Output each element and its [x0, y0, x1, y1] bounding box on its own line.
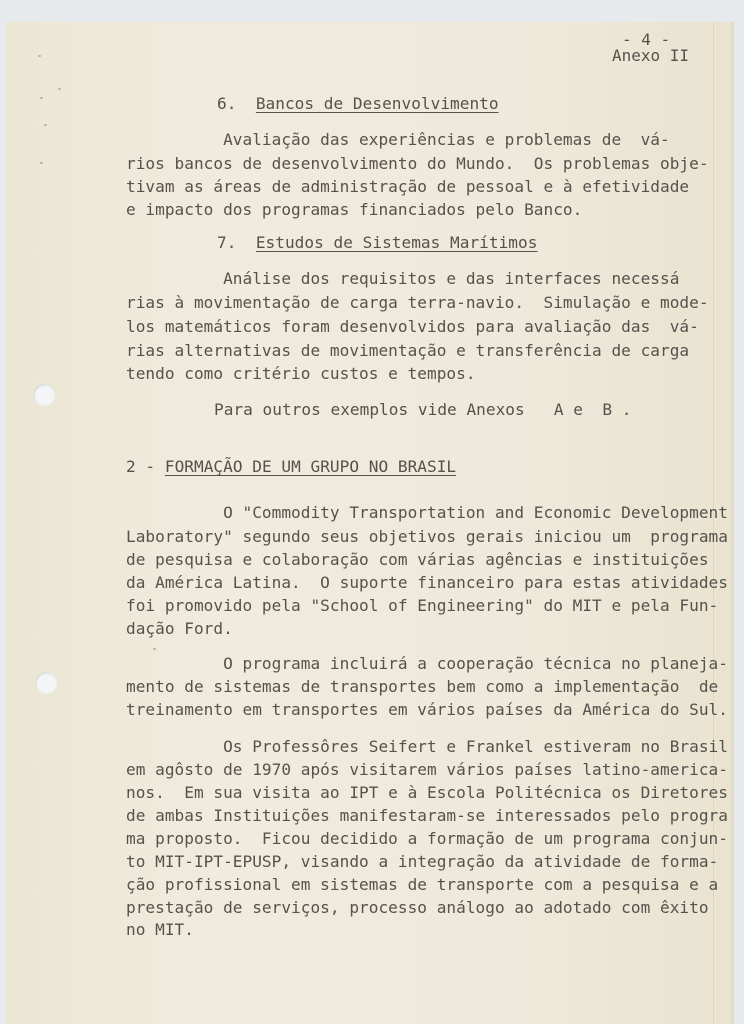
- paragraph-3-line: prestação de serviços, processo análogo …: [126, 898, 709, 918]
- section-6-line: Avaliação das experiências e problemas d…: [126, 130, 670, 150]
- paper-speck: [58, 88, 61, 90]
- section-7-title: Estudos de Sistemas Marítimos: [256, 233, 538, 252]
- section-7-number: 7.: [217, 233, 236, 252]
- paper-speck: [40, 162, 43, 164]
- paragraph-3-line: nos. Em sua visita ao IPT e à Escola Pol…: [126, 783, 728, 803]
- paragraph-3-line: de ambas Instituições manifestaram-se in…: [126, 806, 728, 826]
- paper-speck: [44, 124, 47, 126]
- section-7-line: los matemáticos foram desenvolvidos para…: [126, 317, 699, 337]
- paragraph-3-line: to MIT-IPT-EPUSP, visando a integração d…: [126, 852, 718, 872]
- punch-hole-top: [33, 384, 55, 406]
- paragraph-2-line: mento de sistemas de transportes bem com…: [126, 677, 718, 697]
- paragraph-2-line: O programa incluirá a cooperação técnica…: [126, 654, 728, 674]
- annex-label: Anexo II: [612, 46, 689, 65]
- section-6-heading: 6. Bancos de Desenvolvimento: [217, 94, 499, 114]
- paragraph-1-line: dação Ford.: [126, 619, 233, 639]
- paragraph-2-line: treinamento em transportes em vários paí…: [126, 700, 728, 720]
- section-7-line: rias alternativas de movimentação e tran…: [126, 341, 689, 361]
- paper-speck: [153, 648, 156, 650]
- section-6-line: rios bancos de desenvolvimento do Mundo.…: [126, 154, 709, 174]
- paragraph-1-line: Laboratory" segundo seus objetivos gerai…: [126, 527, 728, 547]
- paragraph-1-line: O "Commodity Transportation and Economic…: [126, 503, 728, 523]
- paragraph-1-line: foi promovido pela "School of Engineerin…: [126, 596, 718, 616]
- section-7-line: rias à movimentação de carga terra-navio…: [126, 293, 709, 313]
- section-2-title: FORMAÇÃO DE UM GRUPO NO BRASIL: [165, 457, 456, 476]
- section-6-line: tivam as áreas de administração de pesso…: [126, 177, 689, 197]
- section-2-heading: 2 - FORMAÇÃO DE UM GRUPO NO BRASIL: [126, 457, 456, 477]
- section-6-line: e impacto dos programas financiados pelo…: [126, 200, 582, 220]
- section-6-number: 6.: [217, 94, 236, 113]
- section-7-line: Análise dos requisitos e das interfaces …: [126, 269, 679, 289]
- section-7-heading: 7. Estudos de Sistemas Marítimos: [217, 233, 537, 253]
- paragraph-3-line: ma proposto. Ficou decidido a formação d…: [126, 829, 728, 849]
- paper-speck: [38, 55, 41, 57]
- section-2-number: 2 -: [126, 457, 155, 476]
- paragraph-1-line: da América Latina. O suporte financeiro …: [126, 573, 728, 593]
- paragraph-3-line: no MIT.: [126, 920, 194, 940]
- paragraph-3-line: ção profissional em sistemas de transpor…: [126, 875, 718, 895]
- section-6-title: Bancos de Desenvolvimento: [256, 94, 499, 113]
- paragraph-3-line: Os Professôres Seifert e Frankel estiver…: [126, 737, 728, 757]
- paper-fold-line: [713, 22, 714, 1024]
- see-also-note: Para outros exemplos vide Anexos A e B .: [214, 400, 632, 420]
- paper-speck: [40, 97, 43, 99]
- section-7-line: tendo como critério custos e tempos.: [126, 364, 476, 384]
- punch-hole-bottom: [35, 672, 57, 694]
- paragraph-3-line: em agôsto de 1970 após visitarem vários …: [126, 760, 728, 780]
- paragraph-1-line: de pesquisa e colaboração com várias agê…: [126, 550, 709, 570]
